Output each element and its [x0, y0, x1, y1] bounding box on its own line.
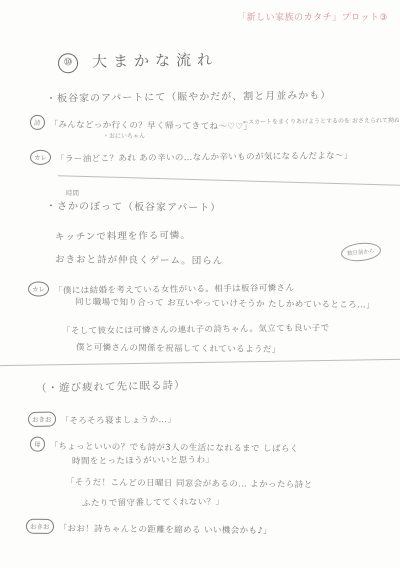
margin-ellipse-note: 数日前から [340, 241, 381, 263]
kare-dialogue-line-1: カレ「ラー油どこ？あれ あの辛いの…なんか辛いものが気になるんだよな〜」 [30, 143, 353, 166]
kare-dialogue-line-2: カレ「僕には結婚を考えている女性がいる。相手は板谷可憐さん [28, 275, 295, 297]
okio-quote-sleep: 「そろそろ寝ましょうか…」 [60, 415, 176, 426]
kare-quote-blessing-1: 「そして彼女には可憐さんの連れ子の詩ちゃん。気立ても良い子で [62, 321, 330, 336]
section1-heading: ⑩大まかな流れ [58, 49, 218, 74]
section1-bullet-line: ・板谷家のアパートにて（賑やかだが、割と月並みかも） [46, 86, 331, 104]
section3-heading: （・遊び疲れて先に眠る詩） [36, 377, 186, 395]
haha-quote-1: 「ちょっといいの？でも詩が3人の生活になれるまで しばらく [49, 442, 298, 455]
speaker-badge-kare-2: カレ [28, 281, 49, 296]
section2-bullet-line: ・さかのぼって（板谷家アパート） [46, 197, 221, 214]
kare-quote-rayu: 「ラー油どこ？あれ あの辛いの…なんか辛いものが気になるんだよな〜」 [56, 151, 353, 165]
haha-quote-4: ふたりで留守番しててくれない？」 [82, 495, 225, 509]
time-superscript-note: 時間 [66, 188, 79, 197]
kare-quote-marriage-1: 「僕には結婚を考えている女性がいる。相手は板谷可憐さん [54, 283, 294, 296]
line-okio-uta-game: おきおと詩が仲良くゲーム。団らん [55, 251, 223, 267]
okio-quote-chance: 「おお！詩ちゃんとの距離を縮める いい機会かも♪」 [58, 524, 272, 536]
haha-quote-3: 「そうだ！こんどの日曜日 同窓会があるの… よかったら詩と [66, 476, 313, 491]
okio-dialogue-line-1: おきお「そろそろ寝ましょうか…」 [28, 407, 176, 428]
kare-quote-blessing-2: 僕と可憐さんの関係を祝福してくれているようだ」 [76, 341, 281, 355]
page-header-title: 「新しい家族のカタチ」プロット③ [237, 10, 388, 23]
line-cooking-karen: キッチンで料理を作る可憐。 [55, 227, 191, 243]
speaker-badge-kare-1: カレ [30, 150, 51, 165]
divider-2 [0, 359, 400, 366]
section1-heading-text: 大まかな流れ [92, 51, 218, 71]
handwritten-plot-note: 「新しい家族のカタチ」プロット③ ⑩大まかな流れ ・板谷家のアパートにて（賑やか… [0, 0, 400, 568]
uta-side-note: ←スカートをまくりあげようとするのを おさえられて拗ね [243, 115, 399, 126]
section1-number-mark: ⑩ [58, 53, 78, 73]
haha-quote-2: 時間をとったほうがいいと思うわ」 [72, 453, 214, 467]
divider-1 [58, 175, 400, 186]
haha-dialogue-line: 母「ちょっといいの？でも詩が3人の生活になれるまで しばらく [30, 434, 299, 456]
speaker-badge-uta: 詩 [30, 115, 45, 130]
speaker-badge-haha: 母 [30, 437, 45, 452]
kare-quote-marriage-2: 同じ職場で知り合って お互いやっていけそうか たしかめているところ…」 [75, 295, 375, 310]
uta-insertion-note: ＾おにいちゃん [103, 131, 145, 140]
okio-dialogue-line-2: おきお「おお！詩ちゃんとの距離を縮める いい機会かも♪」 [26, 516, 272, 538]
uta-quote: 「みんなどっか行くの？早く帰ってきてね〜♡♡」 [49, 120, 252, 132]
speaker-badge-okio-1: おきお [28, 412, 56, 427]
uta-dialogue-line: 詩「みんなどっか行くの？早く帰ってきてね〜♡♡」 [30, 112, 252, 133]
speaker-badge-okio-2: おきお [26, 519, 54, 534]
